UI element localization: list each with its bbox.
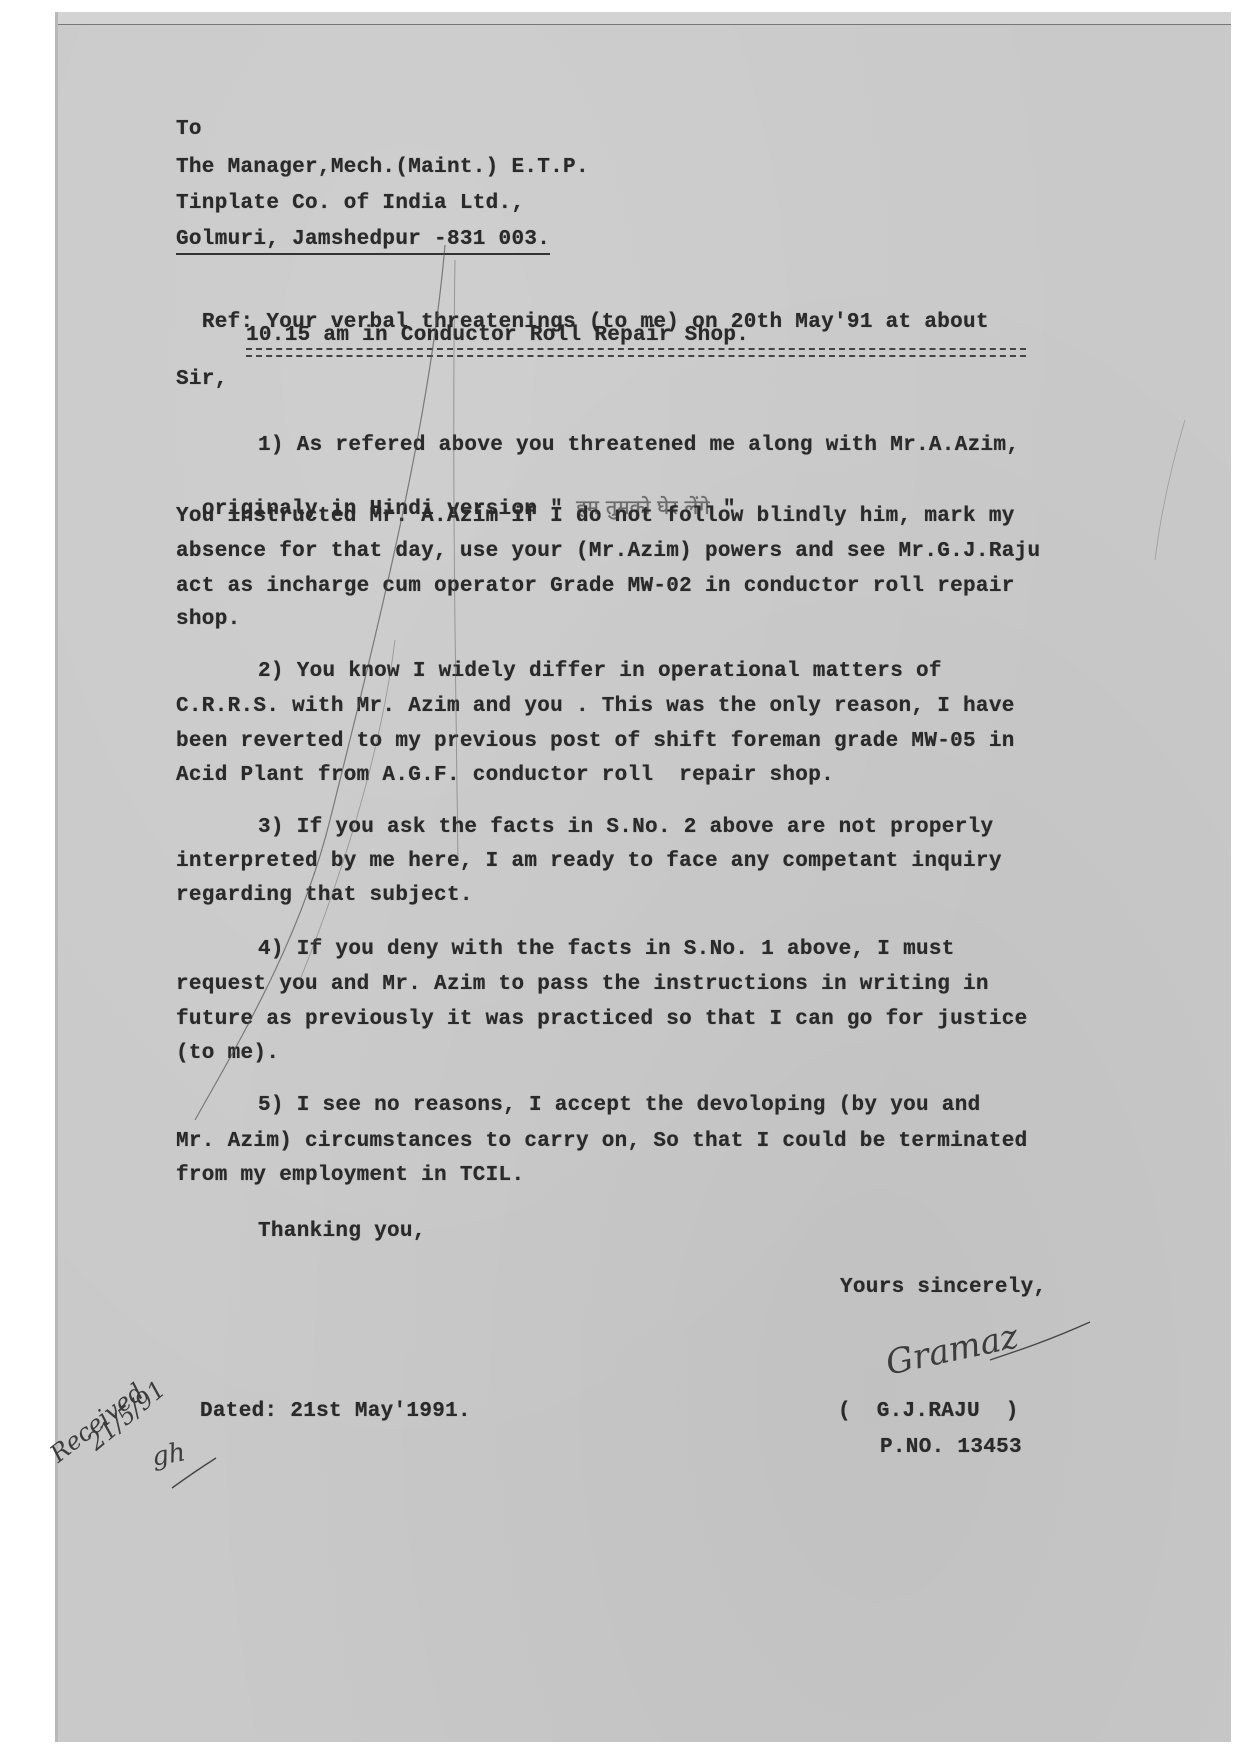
paragraph-3-line-1: 3) If you ask the facts in S.No. 2 above… bbox=[258, 816, 993, 839]
recipient-line-2: Tinplate Co. of India Ltd., bbox=[176, 192, 524, 215]
paragraph-1-line-5: act as incharge cum operator Grade MW-02… bbox=[176, 575, 1015, 598]
paragraph-5-line-2: Mr. Azim) circumstances to carry on, So … bbox=[176, 1130, 1028, 1153]
paragraph-4-line-2: request you and Mr. Azim to pass the ins… bbox=[176, 973, 989, 996]
paragraph-1-line-3: You instructed Mr. A.Azim if I do not fo… bbox=[176, 505, 1015, 528]
paragraph-1-line-1: 1) As refered above you threatened me al… bbox=[258, 434, 1019, 457]
paragraph-4-line-1: 4) If you deny with the facts in S.No. 1… bbox=[258, 938, 955, 961]
paragraph-1-line-6: shop. bbox=[176, 608, 241, 631]
closing-thanks: Thanking you, bbox=[258, 1220, 426, 1243]
paragraph-2-line-2: C.R.R.S. with Mr. Azim and you . This wa… bbox=[176, 695, 1015, 718]
paragraph-2-line-3: been reverted to my previous post of shi… bbox=[176, 730, 1015, 753]
signatory-pno: P.NO. 13453 bbox=[880, 1436, 1022, 1459]
paragraph-4-line-4: (to me). bbox=[176, 1042, 279, 1065]
paragraph-1-line-4: absence for that day, use your (Mr.Azim)… bbox=[176, 540, 1040, 563]
valediction: Yours sincerely, bbox=[840, 1276, 1046, 1299]
paragraph-5-line-3: from my employment in TCIL. bbox=[176, 1164, 524, 1187]
signatory-name: ( G.J.RAJU ) bbox=[838, 1400, 1019, 1423]
paragraph-3-line-2: interpreted by me here, I am ready to fa… bbox=[176, 850, 1002, 873]
scanned-letter-page bbox=[55, 12, 1231, 1742]
paragraph-2-line-1: 2) You know I widely differ in operation… bbox=[258, 660, 942, 683]
paragraph-5-line-1: 5) I see no reasons, I accept the devolo… bbox=[258, 1094, 981, 1117]
paragraph-2-line-4: Acid Plant from A.G.F. conductor roll re… bbox=[176, 764, 834, 787]
paragraph-3-line-3: regarding that subject. bbox=[176, 884, 473, 907]
greeting: Sir, bbox=[176, 368, 228, 391]
received-note-initials: gh bbox=[150, 1437, 188, 1472]
paragraph-4-line-3: future as previously it was practiced so… bbox=[176, 1008, 1028, 1031]
dated-line: Dated: 21st May'1991. bbox=[200, 1400, 471, 1423]
reference-line-2: 10.15 am in Conductor Roll Repair Shop. bbox=[246, 324, 749, 347]
recipient-line-3: Golmuri, Jamshedpur -831 003. bbox=[176, 228, 550, 255]
to-label: To bbox=[176, 118, 202, 141]
reference-double-underline bbox=[246, 348, 1026, 357]
recipient-line-1: The Manager,Mech.(Maint.) E.T.P. bbox=[176, 156, 589, 179]
